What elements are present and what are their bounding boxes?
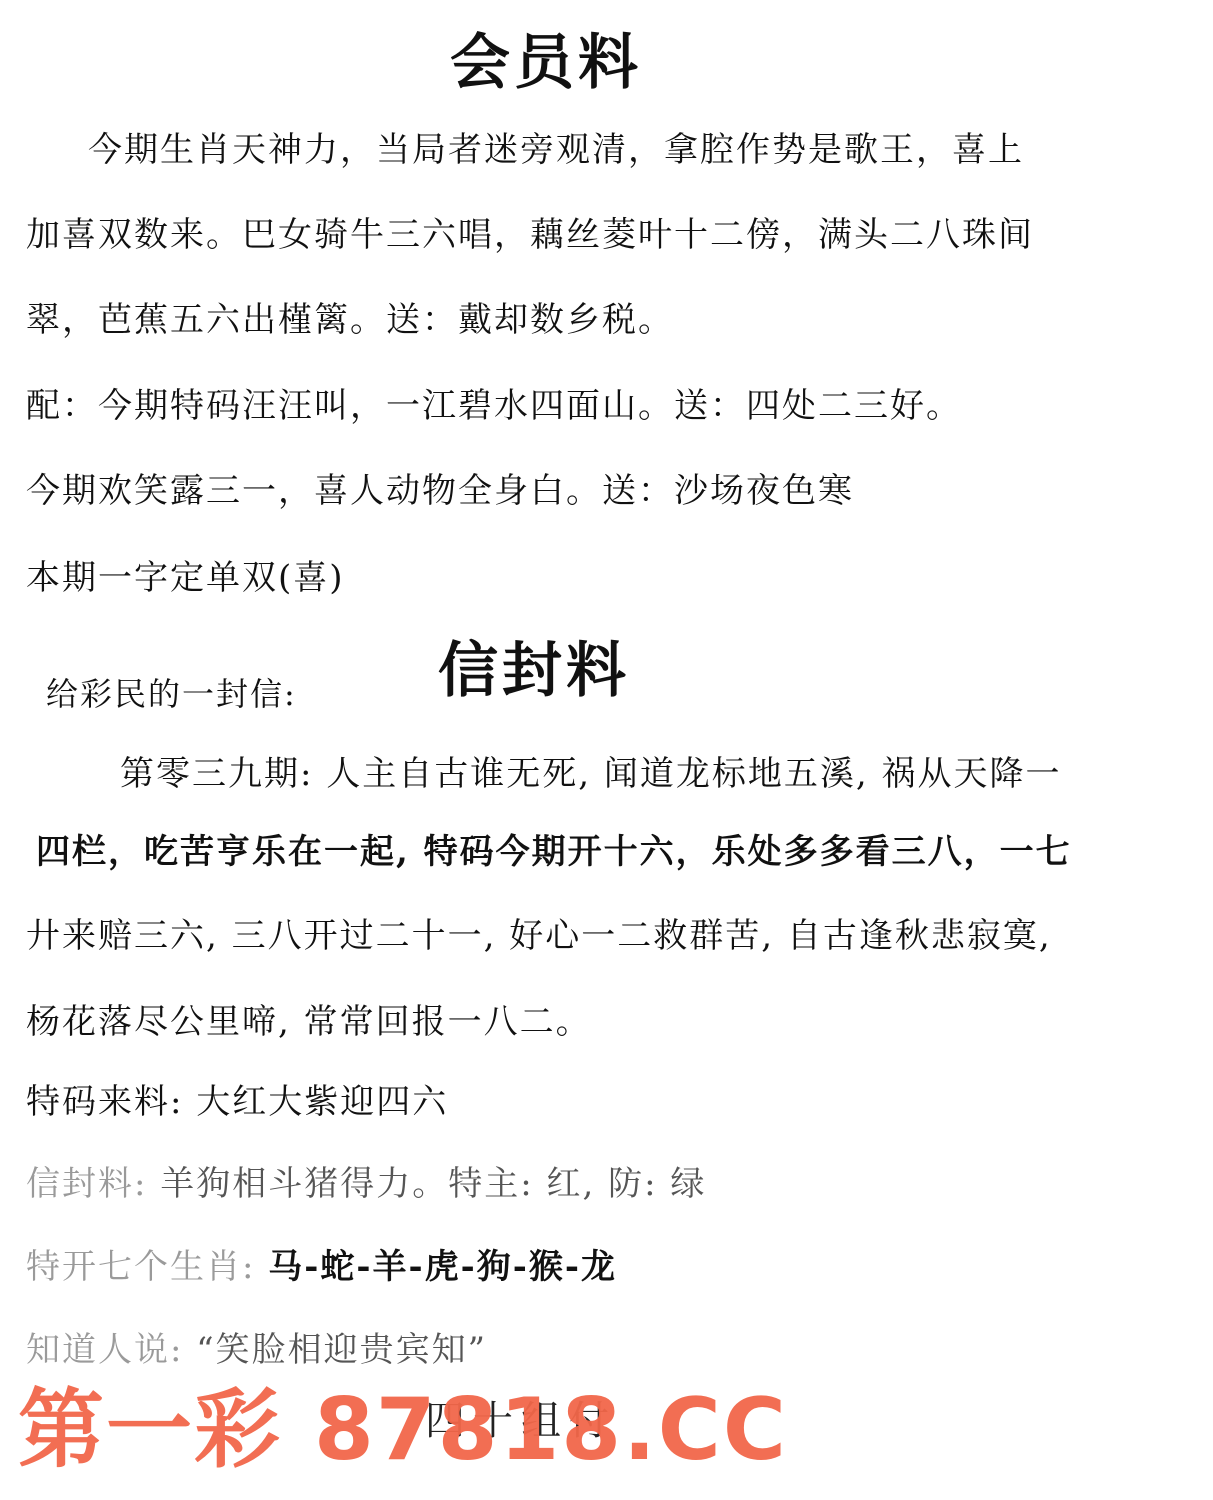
saying-value: “笑脸相迎贵宾知”: [196, 1330, 487, 1370]
seven-zodiac-label: 特开七个生肖:: [26, 1247, 255, 1287]
envelope-material-value: 羊狗相斗猪得力。特主: 红, 防: 绿: [160, 1164, 706, 1204]
member-line-2: 加喜双数来。巴女骑牛三六唱，藕丝菱叶十二傍，满头二八珠间: [26, 213, 1034, 257]
member-section-title: 会员料: [450, 28, 642, 98]
special-source-label: 特码来料:: [26, 1082, 183, 1122]
member-line-1: 今期生肖天神力，当局者迷旁观清，拿腔作势是歌王，喜上: [88, 128, 1024, 172]
member-line-5: 今期欢笑露三一，喜人动物全身白。送：沙场夜色寒: [26, 469, 854, 513]
special-source-value: 大红大紫迎四六: [196, 1082, 448, 1122]
member-line-4: 配：今期特码汪汪叫，一江碧水四面山。送：四处二三好。: [26, 384, 962, 428]
envelope-section-title: 信封料: [438, 636, 630, 706]
special-source-row: 特码来料: 大红大紫迎四六: [26, 1080, 448, 1124]
envelope-line-1: 第零三九期: 人主自古谁无死, 闻道龙标地五溪, 祸从天降一: [120, 752, 1062, 796]
seven-zodiac-row: 特开七个生肖: 马-蛇-羊-虎-狗-猴-龙: [26, 1245, 617, 1289]
envelope-intro-label: 给彩民的一封信:: [46, 672, 297, 716]
saying-row: 知道人说: “笑脸相迎贵宾知”: [26, 1328, 487, 1372]
envelope-line-3: 廾来赔三六, 三八开过二十一, 好心一二救群苦, 自古逢秋悲寂寞,: [26, 914, 1052, 958]
member-line-3: 翠，芭蕉五六出槿篱。送：戴却数乡税。: [26, 298, 674, 342]
watermark-text: 第一彩 87818.CC: [18, 1380, 788, 1480]
seven-zodiac-value: 马-蛇-羊-虎-狗-猴-龙: [268, 1247, 617, 1287]
envelope-material-row: 信封料: 羊狗相斗猪得力。特主: 红, 防: 绿: [26, 1162, 706, 1206]
saying-label: 知道人说:: [26, 1330, 183, 1370]
envelope-line-4: 杨花落尽公里啼, 常常回报一八二。: [26, 1000, 592, 1044]
envelope-material-label: 信封料:: [26, 1164, 147, 1204]
envelope-line-2: 四栏，吃苦亨乐在一起, 特码今期开十六，乐处多多看三八，一七: [36, 830, 1072, 874]
member-line-6: 本期一字定单双(喜): [26, 556, 345, 600]
